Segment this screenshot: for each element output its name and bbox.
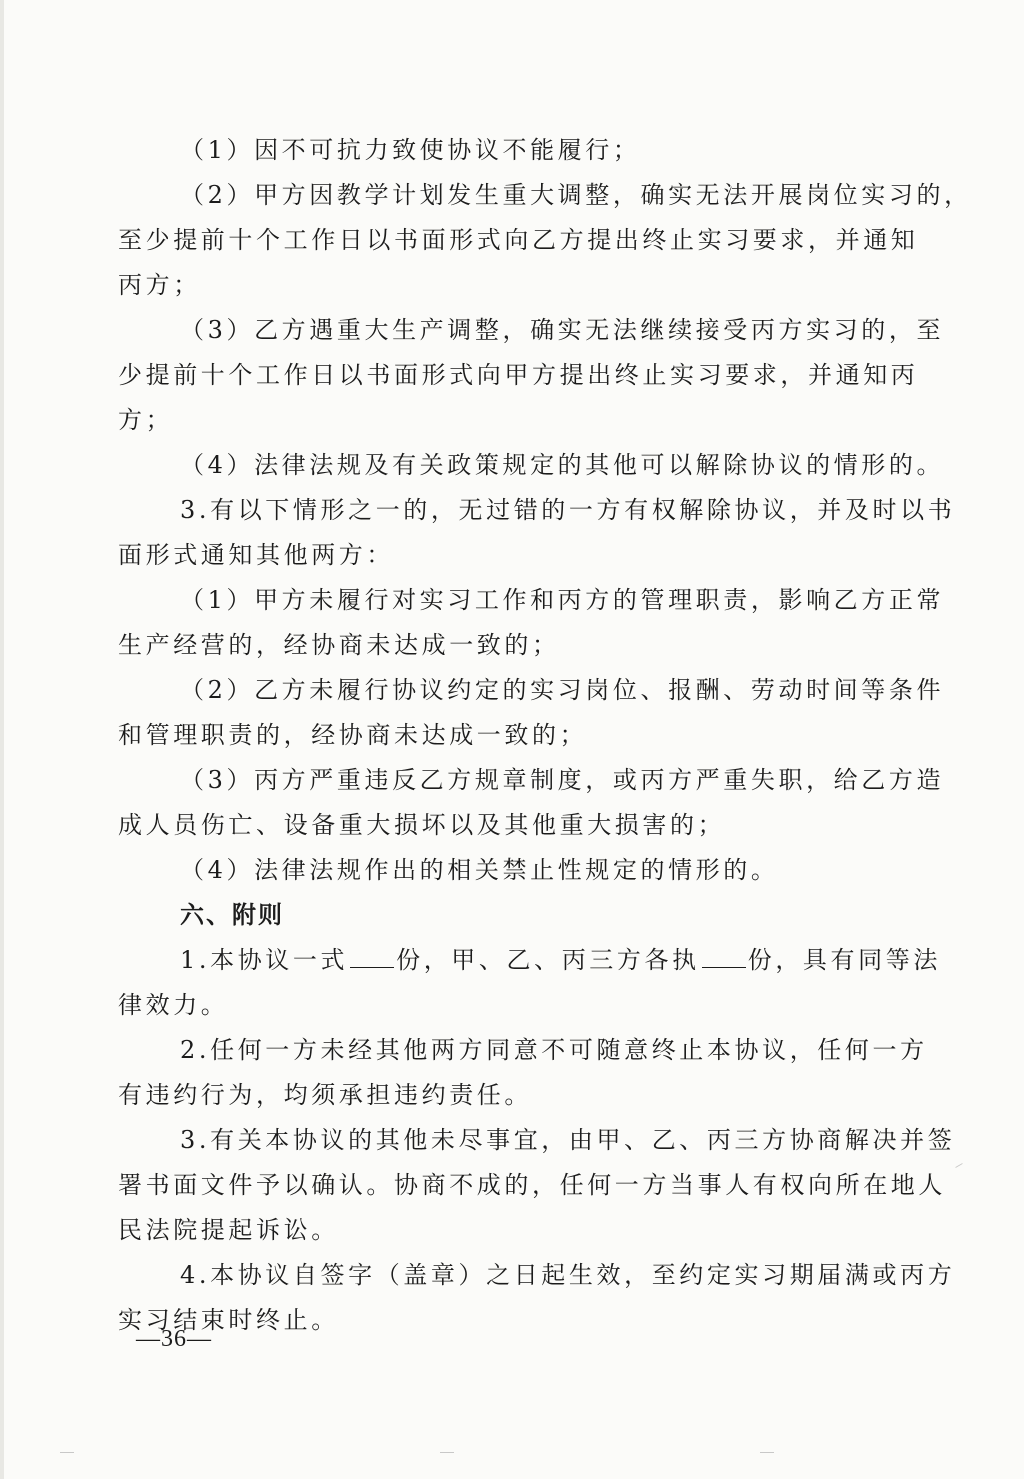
- paragraph-line: 面形式通知其他两方：: [118, 533, 893, 578]
- copies-each-blank: [702, 947, 746, 968]
- paragraph-line: 方；: [118, 398, 893, 443]
- clause-1-part3: 份，具有同等法: [748, 946, 941, 974]
- scan-artifact: [760, 1452, 774, 1453]
- section-heading: 六、附则: [118, 893, 893, 938]
- paragraph-line: 3.有以下情形之一的，无过错的一方有权解除协议，并及时以书: [118, 488, 893, 533]
- paragraph-line: 4.本协议自签字（盖章）之日起生效，至约定实习期届满或丙方: [118, 1253, 893, 1298]
- paragraph-line: 至少提前十个工作日以书面形式向乙方提出终止实习要求，并通知: [118, 218, 893, 263]
- paragraph-line: 实习结束时终止。: [118, 1298, 893, 1343]
- scan-artifact: [60, 1452, 74, 1453]
- scan-artifact: [955, 1163, 962, 1168]
- scan-edge: [0, 0, 4, 1479]
- paragraph-line: 3.有关本协议的其他未尽事宜，由甲、乙、丙三方协商解决并签: [118, 1118, 893, 1163]
- scan-artifact: [440, 1452, 454, 1453]
- paragraph-line: （3）乙方遇重大生产调整，确实无法继续接受丙方实习的，至: [118, 308, 893, 353]
- paragraph-line: （4）法律法规作出的相关禁止性规定的情形的。: [118, 848, 893, 893]
- paragraph-line: 和管理职责的，经协商未达成一致的；: [118, 713, 893, 758]
- paragraph-line: 民法院提起诉讼。: [118, 1208, 893, 1253]
- paragraph-line: 有违约行为，均须承担违约责任。: [118, 1073, 893, 1118]
- clause-1-part2: 份，甲、乙、丙三方各执: [396, 946, 700, 974]
- paragraph-line: 律效力。: [118, 983, 893, 1028]
- paragraph-line: 署书面文件予以确认。协商不成的，任何一方当事人有权向所在地人: [118, 1163, 893, 1208]
- page-number: —36—: [136, 1326, 212, 1353]
- paragraph-line: （1）甲方未履行对实习工作和丙方的管理职责，影响乙方正常: [118, 578, 893, 623]
- paragraph-line: 丙方；: [118, 263, 893, 308]
- paragraph-line: （1）因不可抗力致使协议不能履行；: [118, 128, 893, 173]
- clause-1-part1: 1.本协议一式: [180, 946, 348, 974]
- paragraph-line: （2）乙方未履行协议约定的实习岗位、报酬、劳动时间等条件: [118, 668, 893, 713]
- paragraph-line: 生产经营的，经协商未达成一致的；: [118, 623, 893, 668]
- copies-total-blank: [350, 947, 394, 968]
- paragraph-line: （4）法律法规及有关政策规定的其他可以解除协议的情形的。: [118, 443, 893, 488]
- paragraph-line: （3）丙方严重违反乙方规章制度，或丙方严重失职，给乙方造: [118, 758, 893, 803]
- paragraph-line: 成人员伤亡、设备重大损坏以及其他重大损害的；: [118, 803, 893, 848]
- paragraph-line: 少提前十个工作日以书面形式向甲方提出终止实习要求，并通知丙: [118, 353, 893, 398]
- paragraph-line: （2）甲方因教学计划发生重大调整，确实无法开展岗位实习的，: [118, 173, 893, 218]
- clause-1: 1.本协议一式份，甲、乙、丙三方各执份，具有同等法: [118, 938, 893, 983]
- document-page: （1）因不可抗力致使协议不能履行； （2）甲方因教学计划发生重大调整，确实无法开…: [118, 128, 893, 1343]
- paragraph-line: 2.任何一方未经其他两方同意不可随意终止本协议，任何一方: [118, 1028, 893, 1073]
